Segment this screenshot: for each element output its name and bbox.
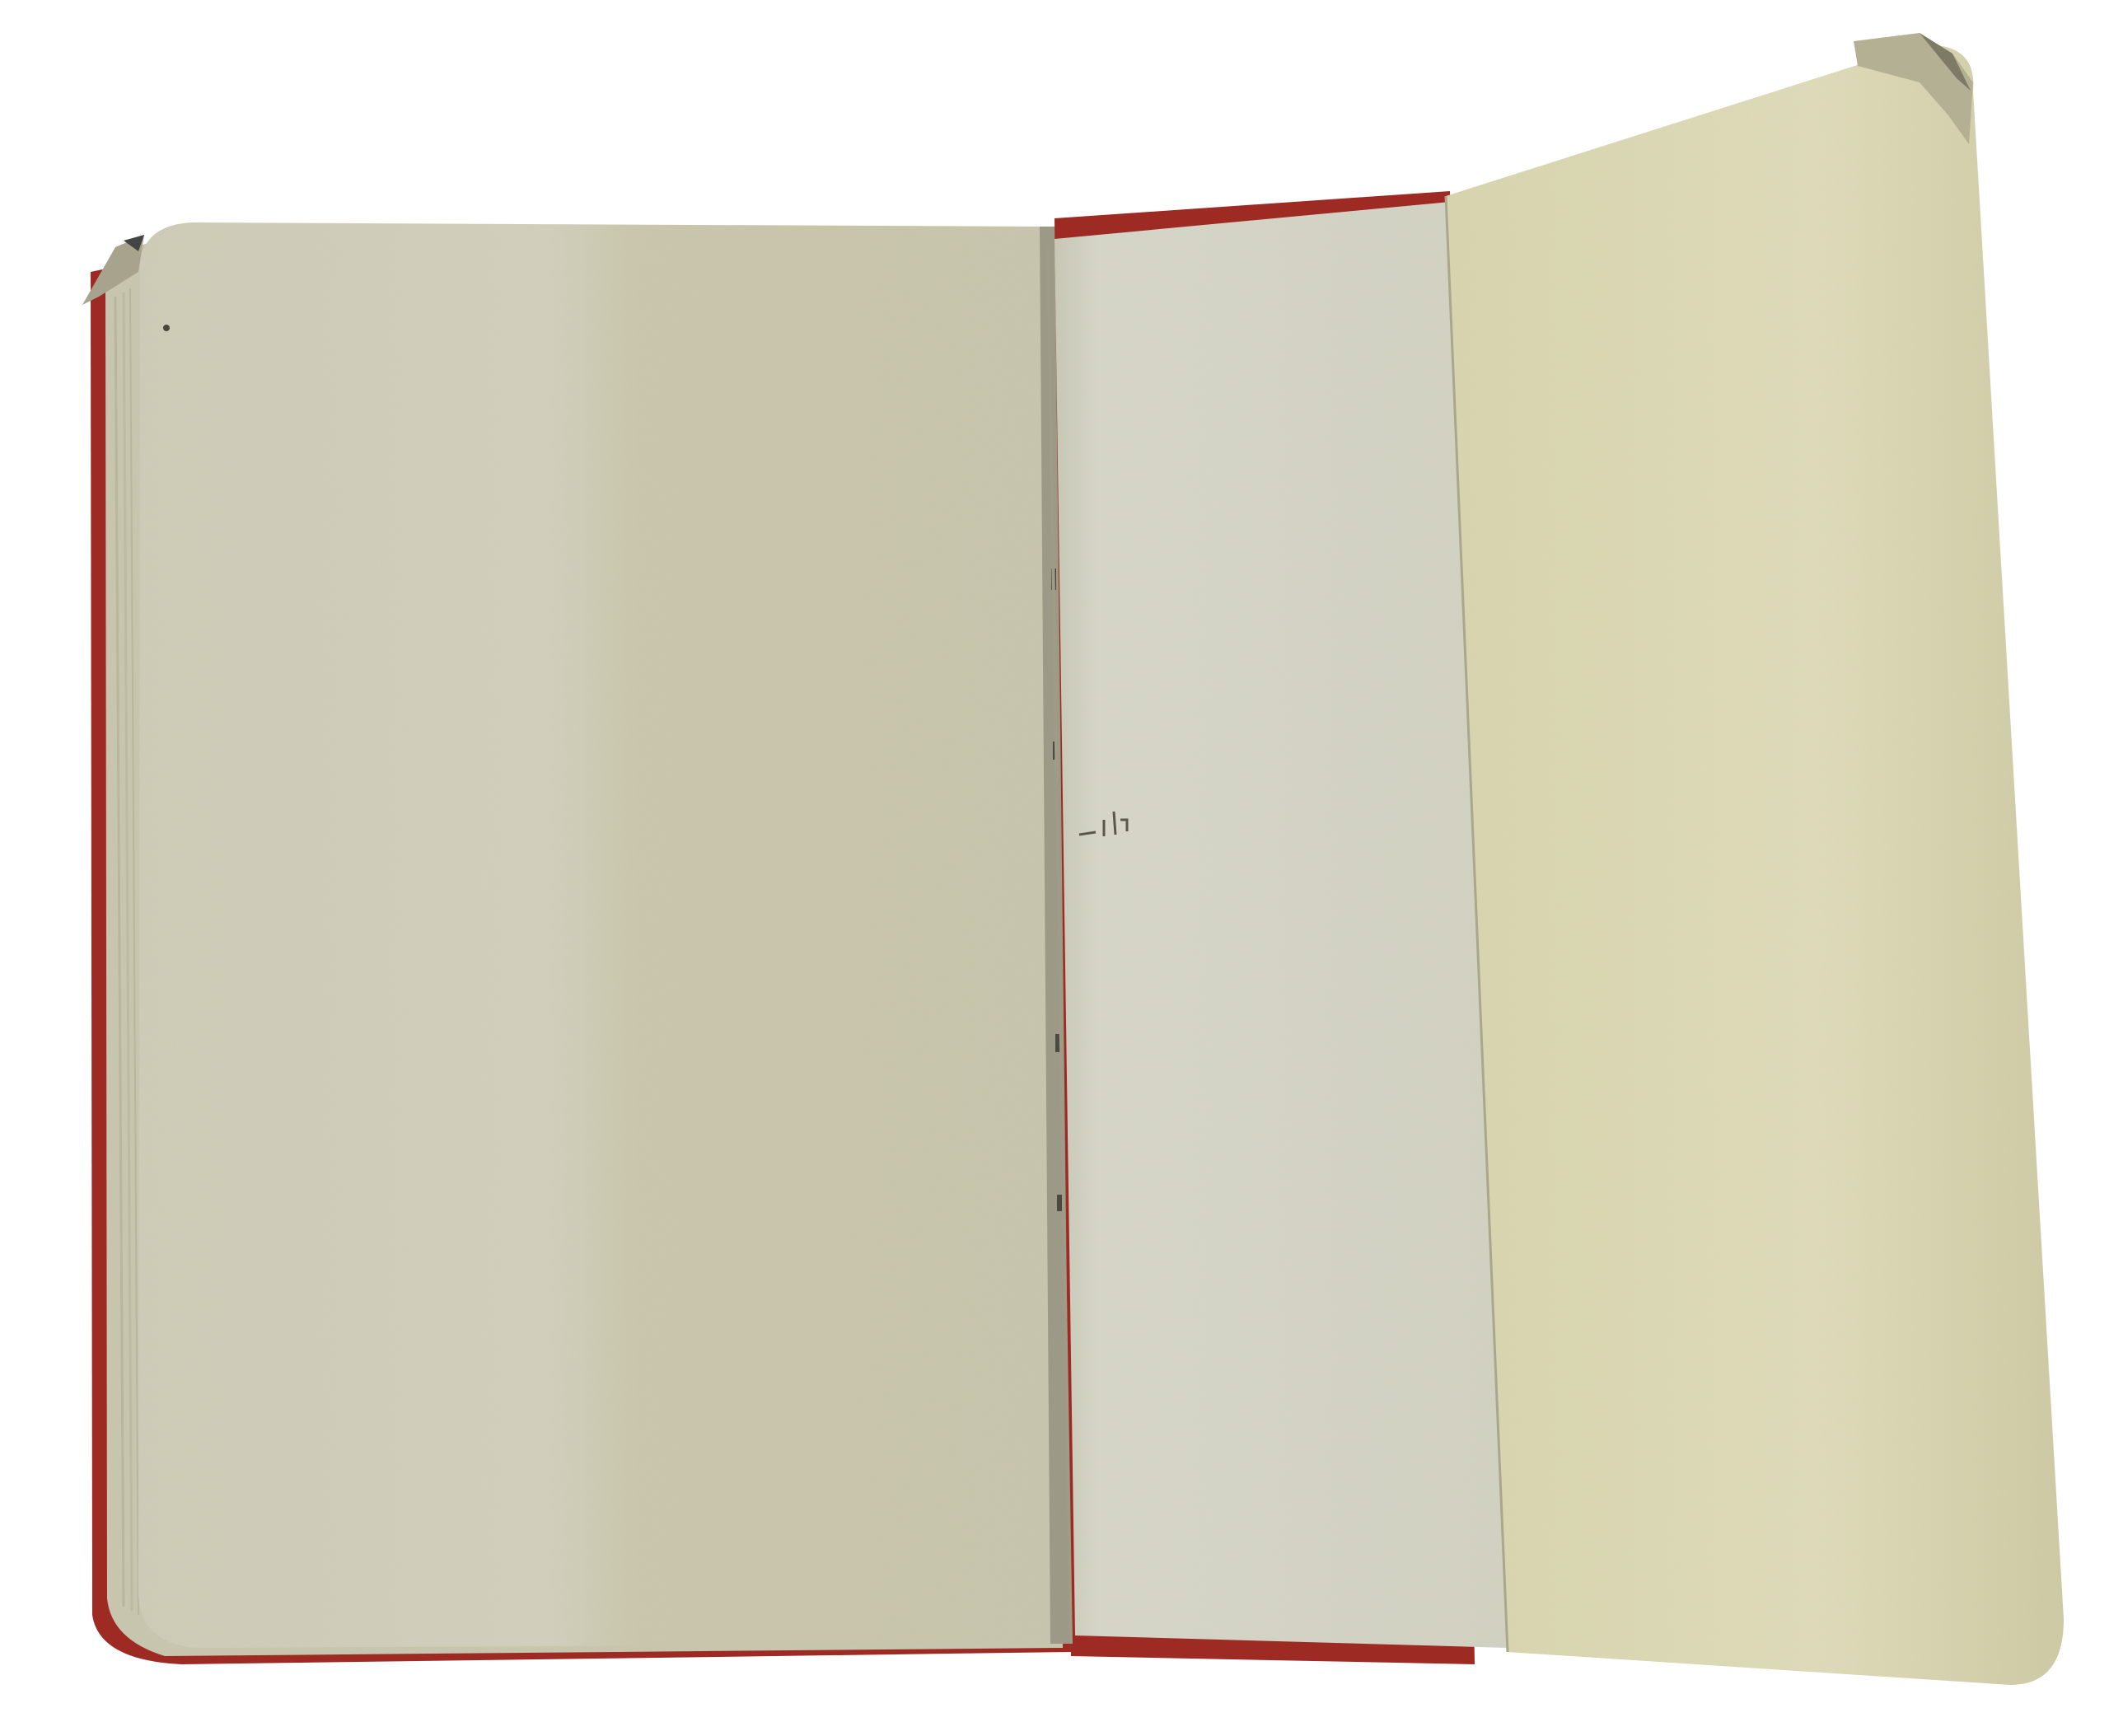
page-spot <box>163 325 170 331</box>
open-book-photo: Open antique book with red cloth cover s… <box>0 0 2109 1736</box>
book-illustration <box>0 0 2109 1736</box>
